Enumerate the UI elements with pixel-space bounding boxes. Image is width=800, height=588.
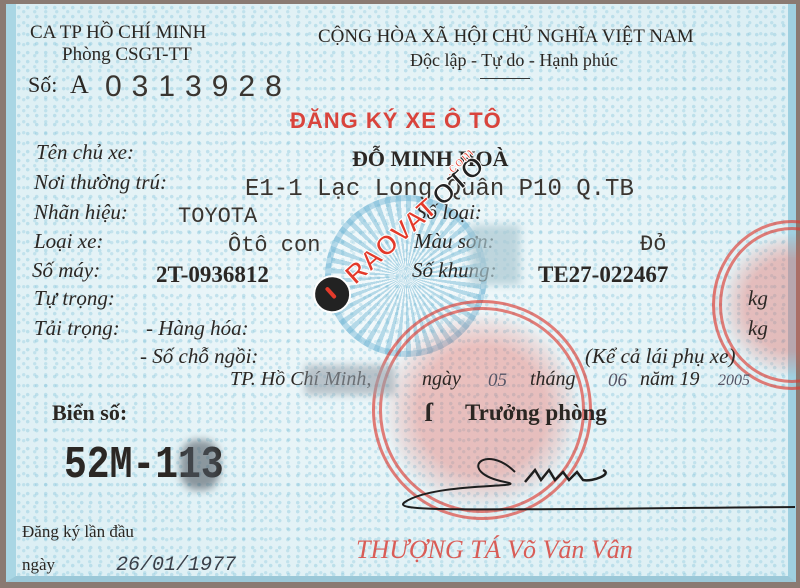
curb-weight-label: Tự trọng: <box>34 286 115 311</box>
serial-label: Số: <box>28 72 57 98</box>
chassis-value: TE27-022467 <box>538 262 668 288</box>
motto-underline <box>480 78 530 79</box>
issue-month: 06 <box>608 370 627 392</box>
issue-year-label: năm 19 <box>640 368 699 391</box>
document-title: ĐĂNG KÝ XE Ô TÔ <box>290 108 502 134</box>
country-name: CỘNG HÒA XÃ HỘI CHỦ NGHĨA VIỆT NAM <box>318 26 694 48</box>
plate-redaction-blur <box>180 440 220 490</box>
issue-month-label: tháng <box>530 368 576 391</box>
cargo-label: - Hàng hóa: <box>146 316 249 341</box>
seats-label: - Số chỗ ngồi: <box>140 344 258 369</box>
national-motto: Độc lập - Tự do - Hạnh phúc <box>410 50 618 71</box>
signer-rank-name: THƯỢNG TÁ Võ Văn Vân <box>356 535 633 565</box>
signer-mark-icon: ſ <box>425 398 432 428</box>
vehicle-type-value: Ôtô con <box>228 233 320 258</box>
brand-value: TOYOTA <box>178 204 257 229</box>
issuing-authority: CA TP HỒ CHÍ MINH <box>30 22 206 44</box>
seats-note: (Kể cả lái phụ xe) <box>585 344 735 369</box>
first-registration-date: 26/01/1977 <box>116 554 236 577</box>
signature-icon <box>395 452 795 512</box>
serial-prefix: A <box>70 70 89 100</box>
brand-label: Nhãn hiệu: <box>34 200 128 225</box>
curb-weight-unit: kg <box>748 286 768 311</box>
first-registration-date-label: ngày <box>22 555 55 575</box>
issuing-department: Phòng CSGT-TT <box>62 44 192 66</box>
owner-label: Tên chủ xe: <box>36 140 134 165</box>
residence-label: Nơi thường trú: <box>34 170 167 195</box>
plate-label: Biển số: <box>52 400 127 426</box>
first-registration-label: Đăng ký lần đầu <box>22 522 134 542</box>
color-value: Đỏ <box>640 232 666 257</box>
issue-day-label: ngày <box>422 368 461 391</box>
engine-value: 2T-0936812 <box>156 262 269 288</box>
issue-day: 05 <box>488 370 507 392</box>
signer-title: Trưởng phòng <box>465 400 607 426</box>
serial-number: 0313928 <box>105 70 292 104</box>
engine-label: Số máy: <box>32 258 100 283</box>
place-redaction-blur <box>305 365 395 395</box>
issue-year: 2005 <box>718 372 750 390</box>
field-redaction-blur <box>470 225 520 285</box>
payload-label: Tải trọng: <box>34 316 120 341</box>
vehicle-type-label: Loại xe: <box>34 229 103 254</box>
cargo-unit: kg <box>748 316 768 341</box>
